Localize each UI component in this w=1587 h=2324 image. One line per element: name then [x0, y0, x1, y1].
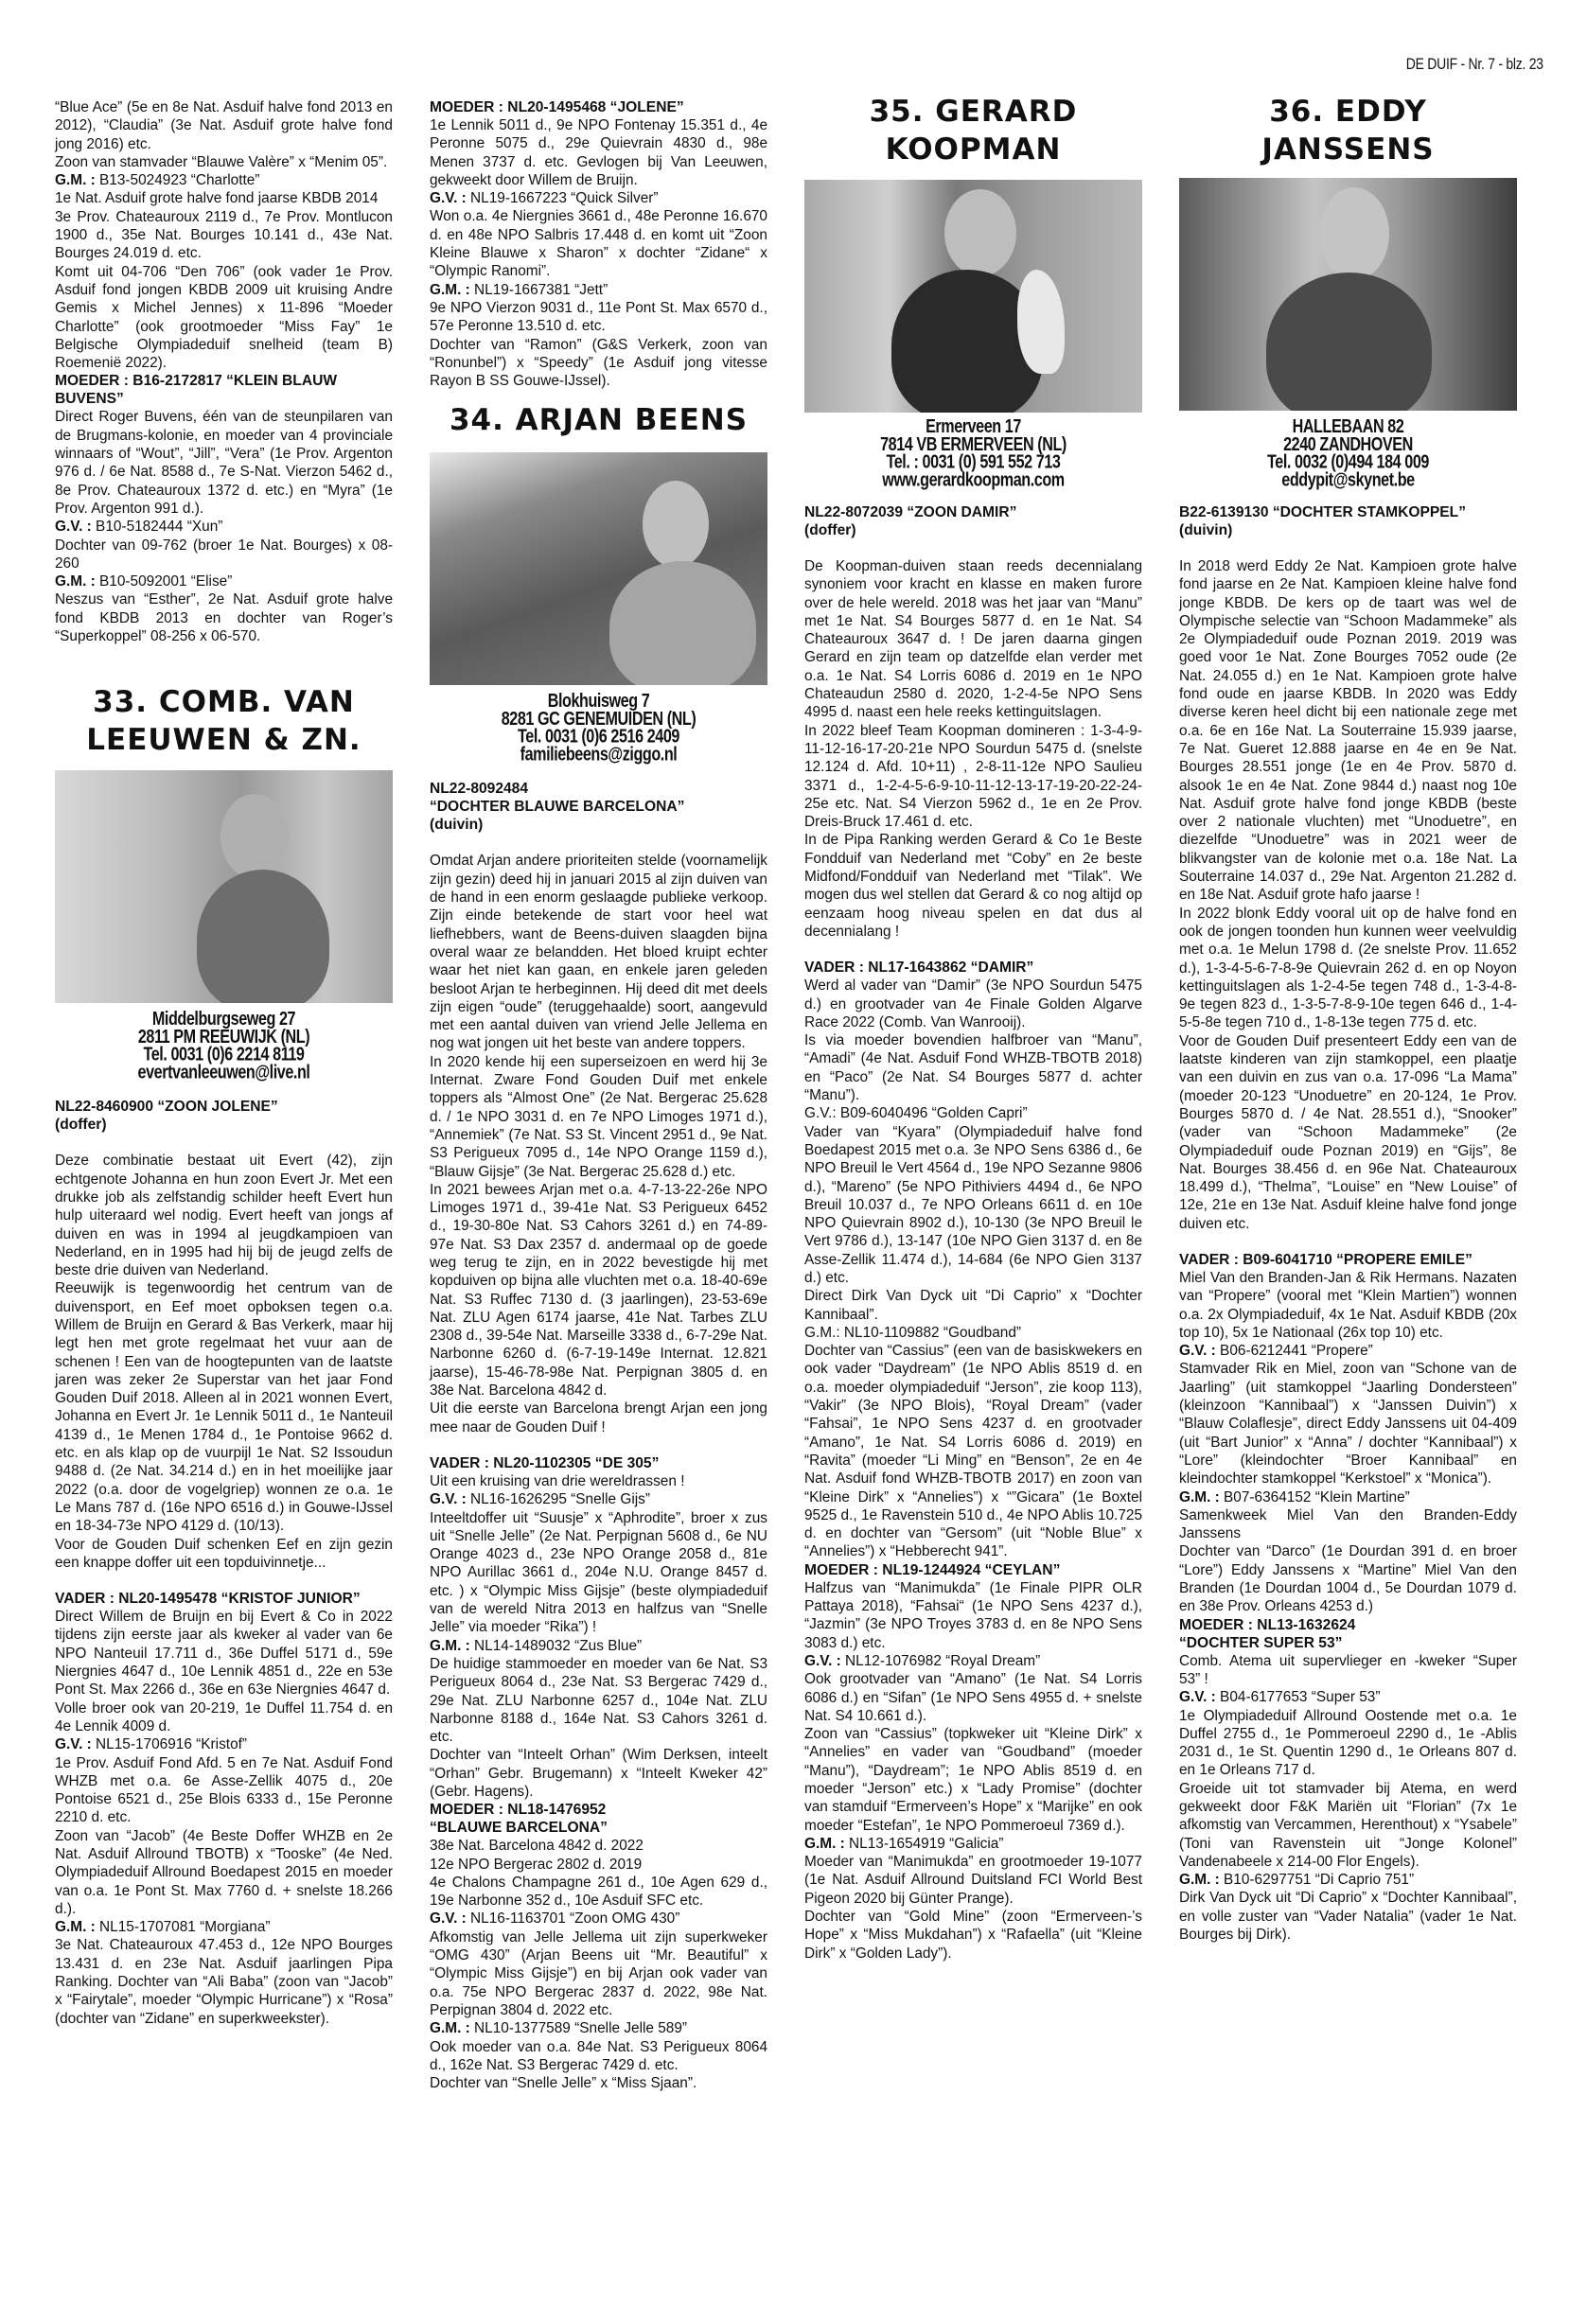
father-title: VADER : B09-6041710 “PROPERE EMILE”	[1179, 1251, 1517, 1269]
section-heading-34: 34. Arjan Beens	[430, 401, 767, 439]
paragraph: Is via moeder bovendien halfbroer van “M…	[804, 1031, 1142, 1104]
paragraph: In de Pipa Ranking werden Gerard & Co 1e…	[804, 831, 1142, 941]
paragraph: In 2018 werd Eddy 2e Nat. Kampioen grote…	[1179, 557, 1517, 905]
paragraph: Moeder van “Manimukda” en grootmoeder 19…	[804, 1853, 1142, 1908]
paragraph: Deze combinatie bestaat uit Evert (42), …	[55, 1152, 393, 1279]
grandfather-line: G.V. : NL15-1706916 “Kristof”	[55, 1735, 393, 1753]
pigeon-name: “DOCHTER BLAUWE BARCELONA”	[430, 798, 767, 816]
label: G.V. :	[430, 1491, 467, 1507]
paragraph: 1e Prov. Asduif Fond Afd. 5 en 7e Nat. A…	[55, 1754, 393, 1827]
grandmother-line: G.M.: NL10-1109882 “Goudband”	[804, 1324, 1142, 1342]
ring-number: NL10-1377589 “Snelle Jelle 589”	[470, 2020, 687, 2036]
pigeon-sex: (doffer)	[804, 521, 1142, 539]
paragraph: Inteeltdoffer uit “Suusje” x “Aphrodite”…	[430, 1509, 767, 1637]
ring-number: NL13-1654919 “Galicia”	[845, 1836, 1004, 1852]
label: G.M. :	[1179, 1489, 1220, 1505]
paragraph: In 2021 bewees Arjan met o.a. 4-7-13-22-…	[430, 1181, 767, 1400]
paragraph: Omdat Arjan andere prioriteiten stelde (…	[430, 852, 767, 1052]
ring-number: NL15-1707081 “Morgiana”	[96, 1919, 271, 1935]
breeder-photo	[430, 452, 767, 685]
label: G.M. :	[430, 2020, 470, 2036]
paragraph: Volle broer ook van 20-219, 1e Duffel 11…	[55, 1699, 393, 1736]
label: G.V. :	[1179, 1689, 1216, 1705]
ring-number: B07-6364152 “Klein Martine”	[1220, 1489, 1410, 1505]
email: familiebeens@ziggo.nl	[455, 747, 742, 765]
breeder-address: Blokhuisweg 7 8281 GC GENEMUIDEN (NL) Te…	[430, 694, 767, 766]
paragraph: “Blue Ace” (5e en 8e Nat. Asduif halve f…	[55, 98, 393, 153]
ring-number: NL16-1626295 “Snelle Gijs”	[467, 1491, 650, 1507]
paragraph: Halfzus van “Manimukda” (1e Finale PIPR …	[804, 1579, 1142, 1652]
paragraph: 1e Olympiadeduif Allround Oostende met o…	[1179, 1707, 1517, 1780]
ring-number: NL15-1706916 “Kristof”	[92, 1736, 247, 1752]
section-heading-35: 35. Gerard Koopman	[804, 93, 1142, 168]
paragraph: Voor de Gouden Duif schenken Eef en zijn…	[55, 1536, 393, 1573]
father-title: VADER : NL20-1495478 “KRISTOF JUNIOR”	[55, 1590, 393, 1608]
column-4: 36. Eddy Janssens HALLEBAAN 82 2240 ZAND…	[1179, 93, 1517, 1944]
breeder-photo	[55, 770, 393, 1003]
grandmother-line: G.M. : NL19-1667381 “Jett”	[430, 281, 767, 299]
person-head	[643, 481, 709, 568]
label: G.V. :	[430, 190, 467, 206]
paragraph: Groeide uit tot stamvader bij Atema, en …	[1179, 1780, 1517, 1871]
paragraph: Comb. Atema uit supervlieger en -kweker …	[1179, 1652, 1517, 1689]
pigeon-sex: (duivin)	[1179, 521, 1517, 539]
label: G.M. :	[55, 1919, 96, 1935]
ring-number: B10-5182444 “Xun”	[92, 519, 223, 535]
breeder-photo	[1179, 178, 1517, 411]
paragraph: Dochter van “Inteelt Orhan” (Wim Derksen…	[430, 1746, 767, 1801]
heading-line: 33. Comb. Van	[55, 683, 393, 721]
label: G.V. :	[804, 1653, 841, 1669]
grandfather-line: G.V. : NL19-1667223 “Quick Silver”	[430, 189, 767, 207]
person-head	[1319, 187, 1389, 280]
label: G.M. :	[430, 1638, 470, 1654]
paragraph: Dirk Van Dyck uit “Di Caprio” x “Dochter…	[1179, 1889, 1517, 1944]
mother-title: MOEDER : NL20-1495468 “JOLENE”	[430, 98, 767, 116]
paragraph: Dochter van “Ramon” (G&S Verkerk, zoon v…	[430, 336, 767, 391]
breeder-photo	[804, 180, 1142, 413]
paragraph: Reeuwijk is tegenwoordig het centrum van…	[55, 1279, 393, 1535]
mother-title: MOEDER : NL18-1476952	[430, 1801, 767, 1819]
paragraph: Zoon van “Jacob” (4e Beste Doffer WHZB e…	[55, 1827, 393, 1918]
paragraph: Miel Van den Branden-Jan & Rik Hermans. …	[1179, 1269, 1517, 1342]
ring-number: NL14-1489032 “Zus Blue”	[470, 1638, 642, 1654]
paragraph: Afkomstig van Jelle Jellema uit zijn sup…	[430, 1928, 767, 2019]
paragraph: Dochter van “Snelle Jelle” x “Miss Sjaan…	[430, 2074, 767, 2092]
pigeon-title: NL22-8072039 “ZOON DAMIR”	[804, 503, 1142, 521]
paragraph: In 2022 bleef Team Koopman domineren : 1…	[804, 722, 1142, 832]
pigeon-sex: (duivin)	[430, 816, 767, 834]
label: G.M. :	[55, 573, 96, 590]
label: G.V. :	[55, 519, 92, 535]
heading-line: Koopman	[804, 131, 1142, 168]
label: G.V. :	[55, 1736, 92, 1752]
paragraph: Direct Willem de Bruijn en bij Evert & C…	[55, 1608, 393, 1699]
heading-line: 35. Gerard	[804, 93, 1142, 131]
paragraph: Dochter van “Gold Mine” (zoon “Ermerveen…	[804, 1908, 1142, 1963]
grandmother-line: G.M. : B13-5024923 “Charlotte”	[55, 171, 393, 189]
label: G.V. :	[1179, 1343, 1216, 1359]
paragraph: De huidige stammoeder en moeder van 6e N…	[430, 1655, 767, 1746]
person-body	[197, 870, 329, 1003]
pigeon-sex: (doffer)	[55, 1116, 393, 1134]
paragraph: Komt uit 04-706 “Den 706” (ook vader 1e …	[55, 263, 393, 373]
grandmother-line: G.M. : NL14-1489032 “Zus Blue”	[430, 1637, 767, 1655]
person-body	[1266, 273, 1432, 411]
paragraph: 3e Nat. Chateauroux 47.453 d., 12e NPO B…	[55, 1936, 393, 2027]
person-head	[220, 794, 289, 879]
page-header: DE DUIF - Nr. 7 - blz. 23	[1406, 55, 1543, 74]
mother-title: MOEDER : B16-2172817 “KLEIN BLAUW BUVENS…	[55, 372, 393, 408]
ring-number: NL16-1163701 “Zoon OMG 430”	[467, 1910, 680, 1927]
grandfather-line: G.V. : NL16-1626295 “Snelle Gijs”	[430, 1490, 767, 1508]
father-title: VADER : NL17-1643862 “DAMIR”	[804, 959, 1142, 977]
ring-number: B06-6212441 “Propere”	[1216, 1343, 1373, 1359]
paragraph: 4e Chalons Champagne 261 d., 10e Agen 62…	[430, 1874, 767, 1910]
ring-number: B10-6297751 “Di Caprio 751”	[1220, 1872, 1414, 1888]
grandmother-line: G.M. : NL15-1707081 “Morgiana”	[55, 1918, 393, 1936]
pigeon	[1017, 270, 1065, 374]
paragraph: De Koopman-duiven staan reeds decenniala…	[804, 557, 1142, 722]
email: eddypit@skynet.be	[1205, 472, 1491, 490]
breeder-address: HALLEBAAN 82 2240 ZANDHOVEN Tel. 0032 (0…	[1179, 418, 1517, 490]
paragraph: Zoon van stamvader “Blauwe Valère” x “Me…	[55, 153, 393, 171]
label: G.M. :	[804, 1836, 845, 1852]
website: www.gerardkoopman.com	[830, 472, 1117, 490]
column-3: 35. Gerard Koopman Ermerveen 17 7814 VB …	[804, 93, 1142, 1963]
paragraph: Samenkweek Miel Van den Branden-Eddy Jan…	[1179, 1506, 1517, 1543]
grandfather-line: G.V. : B04-6177653 “Super 53”	[1179, 1688, 1517, 1706]
pigeon-title: B22-6139130 “DOCHTER STAMKOPPEL”	[1179, 503, 1517, 521]
column-2: MOEDER : NL20-1495468 “JOLENE” 1e Lennik…	[430, 98, 767, 2092]
paragraph: In 2022 blonk Eddy vooral uit op de halv…	[1179, 905, 1517, 1032]
paragraph: Uit een kruising van drie wereldrassen !	[430, 1472, 767, 1490]
pigeon-title: NL22-8092484	[430, 780, 767, 798]
ring-number: B04-6177653 “Super 53”	[1216, 1689, 1381, 1705]
paragraph: Ook grootvader van “Amano” (1e Nat. S4 L…	[804, 1670, 1142, 1725]
ring-number: B13-5024923 “Charlotte”	[96, 172, 260, 188]
ring-number: NL12-1076982 “Royal Dream”	[841, 1653, 1040, 1669]
breeder-address: Ermerveen 17 7814 VB ERMERVEEN (NL) Tel.…	[804, 418, 1142, 490]
grandfather-line: G.V. : NL16-1163701 “Zoon OMG 430”	[430, 1910, 767, 1928]
paragraph: Vader van “Kyara” (Olympiadeduif halve f…	[804, 1123, 1142, 1288]
paragraph: Zoon van “Cassius” (topkweker uit “Klein…	[804, 1725, 1142, 1835]
email: evertvanleeuwen@live.nl	[80, 1065, 367, 1083]
paragraph: Voor de Gouden Duif presenteert Eddy een…	[1179, 1032, 1517, 1233]
paragraph: 9e NPO Vierzon 9031 d., 11e Pont St. Max…	[430, 299, 767, 336]
mother-title: MOEDER : NL19-1244924 “CEYLAN”	[804, 1561, 1142, 1579]
person-head	[944, 189, 1016, 276]
heading-line: Leeuwen & Zn.	[55, 721, 393, 759]
section-heading-36: 36. Eddy Janssens	[1179, 93, 1517, 168]
mother-name: “BLAUWE BARCELONA”	[430, 1819, 767, 1837]
label: G.M. :	[430, 282, 470, 298]
paragraph: Direct Dirk Van Dyck uit “Di Caprio” x “…	[804, 1287, 1142, 1324]
grandmother-line: G.M. : NL10-1377589 “Snelle Jelle 589”	[430, 2019, 767, 2037]
grandmother-line: G.M. : NL13-1654919 “Galicia”	[804, 1835, 1142, 1853]
paragraph: 1e Nat. Asduif grote halve fond jaarse K…	[55, 189, 393, 207]
mother-name: “DOCHTER SUPER 53”	[1179, 1634, 1517, 1652]
grandfather-line: G.V. : NL12-1076982 “Royal Dream”	[804, 1652, 1142, 1670]
pigeon-title: NL22-8460900 “ZOON JOLENE”	[55, 1098, 393, 1116]
person-body	[609, 561, 756, 685]
paragraph: Dochter van 09-762 (broer 1e Nat. Bourge…	[55, 537, 393, 573]
grandmother-line: G.M. : B10-6297751 “Di Caprio 751”	[1179, 1871, 1517, 1889]
paragraph: 3e Prov. Chateauroux 2119 d., 7e Prov. M…	[55, 208, 393, 263]
grandfather-line: G.V. : B10-5182444 “Xun”	[55, 518, 393, 536]
paragraph: Neszus van “Esther”, 2e Nat. Asduif grot…	[55, 590, 393, 645]
label: G.M. :	[55, 172, 96, 188]
grandfather-line: G.V. : B06-6212441 “Propere”	[1179, 1342, 1517, 1360]
paragraph: Ook moeder van o.a. 84e Nat. S3 Perigueu…	[430, 2038, 767, 2075]
ring-number: B10-5092001 “Elise”	[96, 573, 233, 590]
paragraph: Stamvader Rik en Miel, zoon van “Schone …	[1179, 1360, 1517, 1488]
grandfather-line: G.V.: B09-6040496 “Golden Capri”	[804, 1104, 1142, 1122]
paragraph: 1e Lennik 5011 d., 9e NPO Fontenay 15.35…	[430, 116, 767, 189]
father-title: VADER : NL20-1102305 “DE 305”	[430, 1454, 767, 1472]
paragraph: Won o.a. 4e Niergnies 3661 d., 48e Peron…	[430, 207, 767, 280]
breeder-address: Middelburgseweg 27 2811 PM REEUWIJK (NL)…	[55, 1012, 393, 1083]
paragraph: Dochter van “Cassius” (een van de basisk…	[804, 1342, 1142, 1561]
mother-title: MOEDER : NL13-1632624	[1179, 1616, 1517, 1634]
paragraph: Uit die eerste van Barcelona brengt Arja…	[430, 1400, 767, 1436]
ring-number: NL19-1667381 “Jett”	[470, 282, 608, 298]
label: G.V. :	[430, 1910, 467, 1927]
label: G.M. :	[1179, 1872, 1220, 1888]
paragraph: Werd al vader van “Damir” (3e NPO Sourdu…	[804, 977, 1142, 1031]
grandmother-line: G.M. : B07-6364152 “Klein Martine”	[1179, 1488, 1517, 1506]
paragraph: 38e Nat. Barcelona 4842 d. 2022	[430, 1837, 767, 1855]
grandmother-line: G.M. : B10-5092001 “Elise”	[55, 572, 393, 590]
paragraph: 12e NPO Bergerac 2802 d. 2019	[430, 1856, 767, 1874]
paragraph: Dochter van “Darco” (1e Dourdan 391 d. e…	[1179, 1542, 1517, 1615]
column-1: “Blue Ace” (5e en 8e Nat. Asduif halve f…	[55, 98, 393, 2028]
ring-number: NL19-1667223 “Quick Silver”	[467, 190, 659, 206]
paragraph: In 2020 kende hij een superseizoen en we…	[430, 1053, 767, 1181]
paragraph: Direct Roger Buvens, één van de steunpil…	[55, 408, 393, 518]
section-heading-33: 33. Comb. Van Leeuwen & Zn.	[55, 683, 393, 759]
